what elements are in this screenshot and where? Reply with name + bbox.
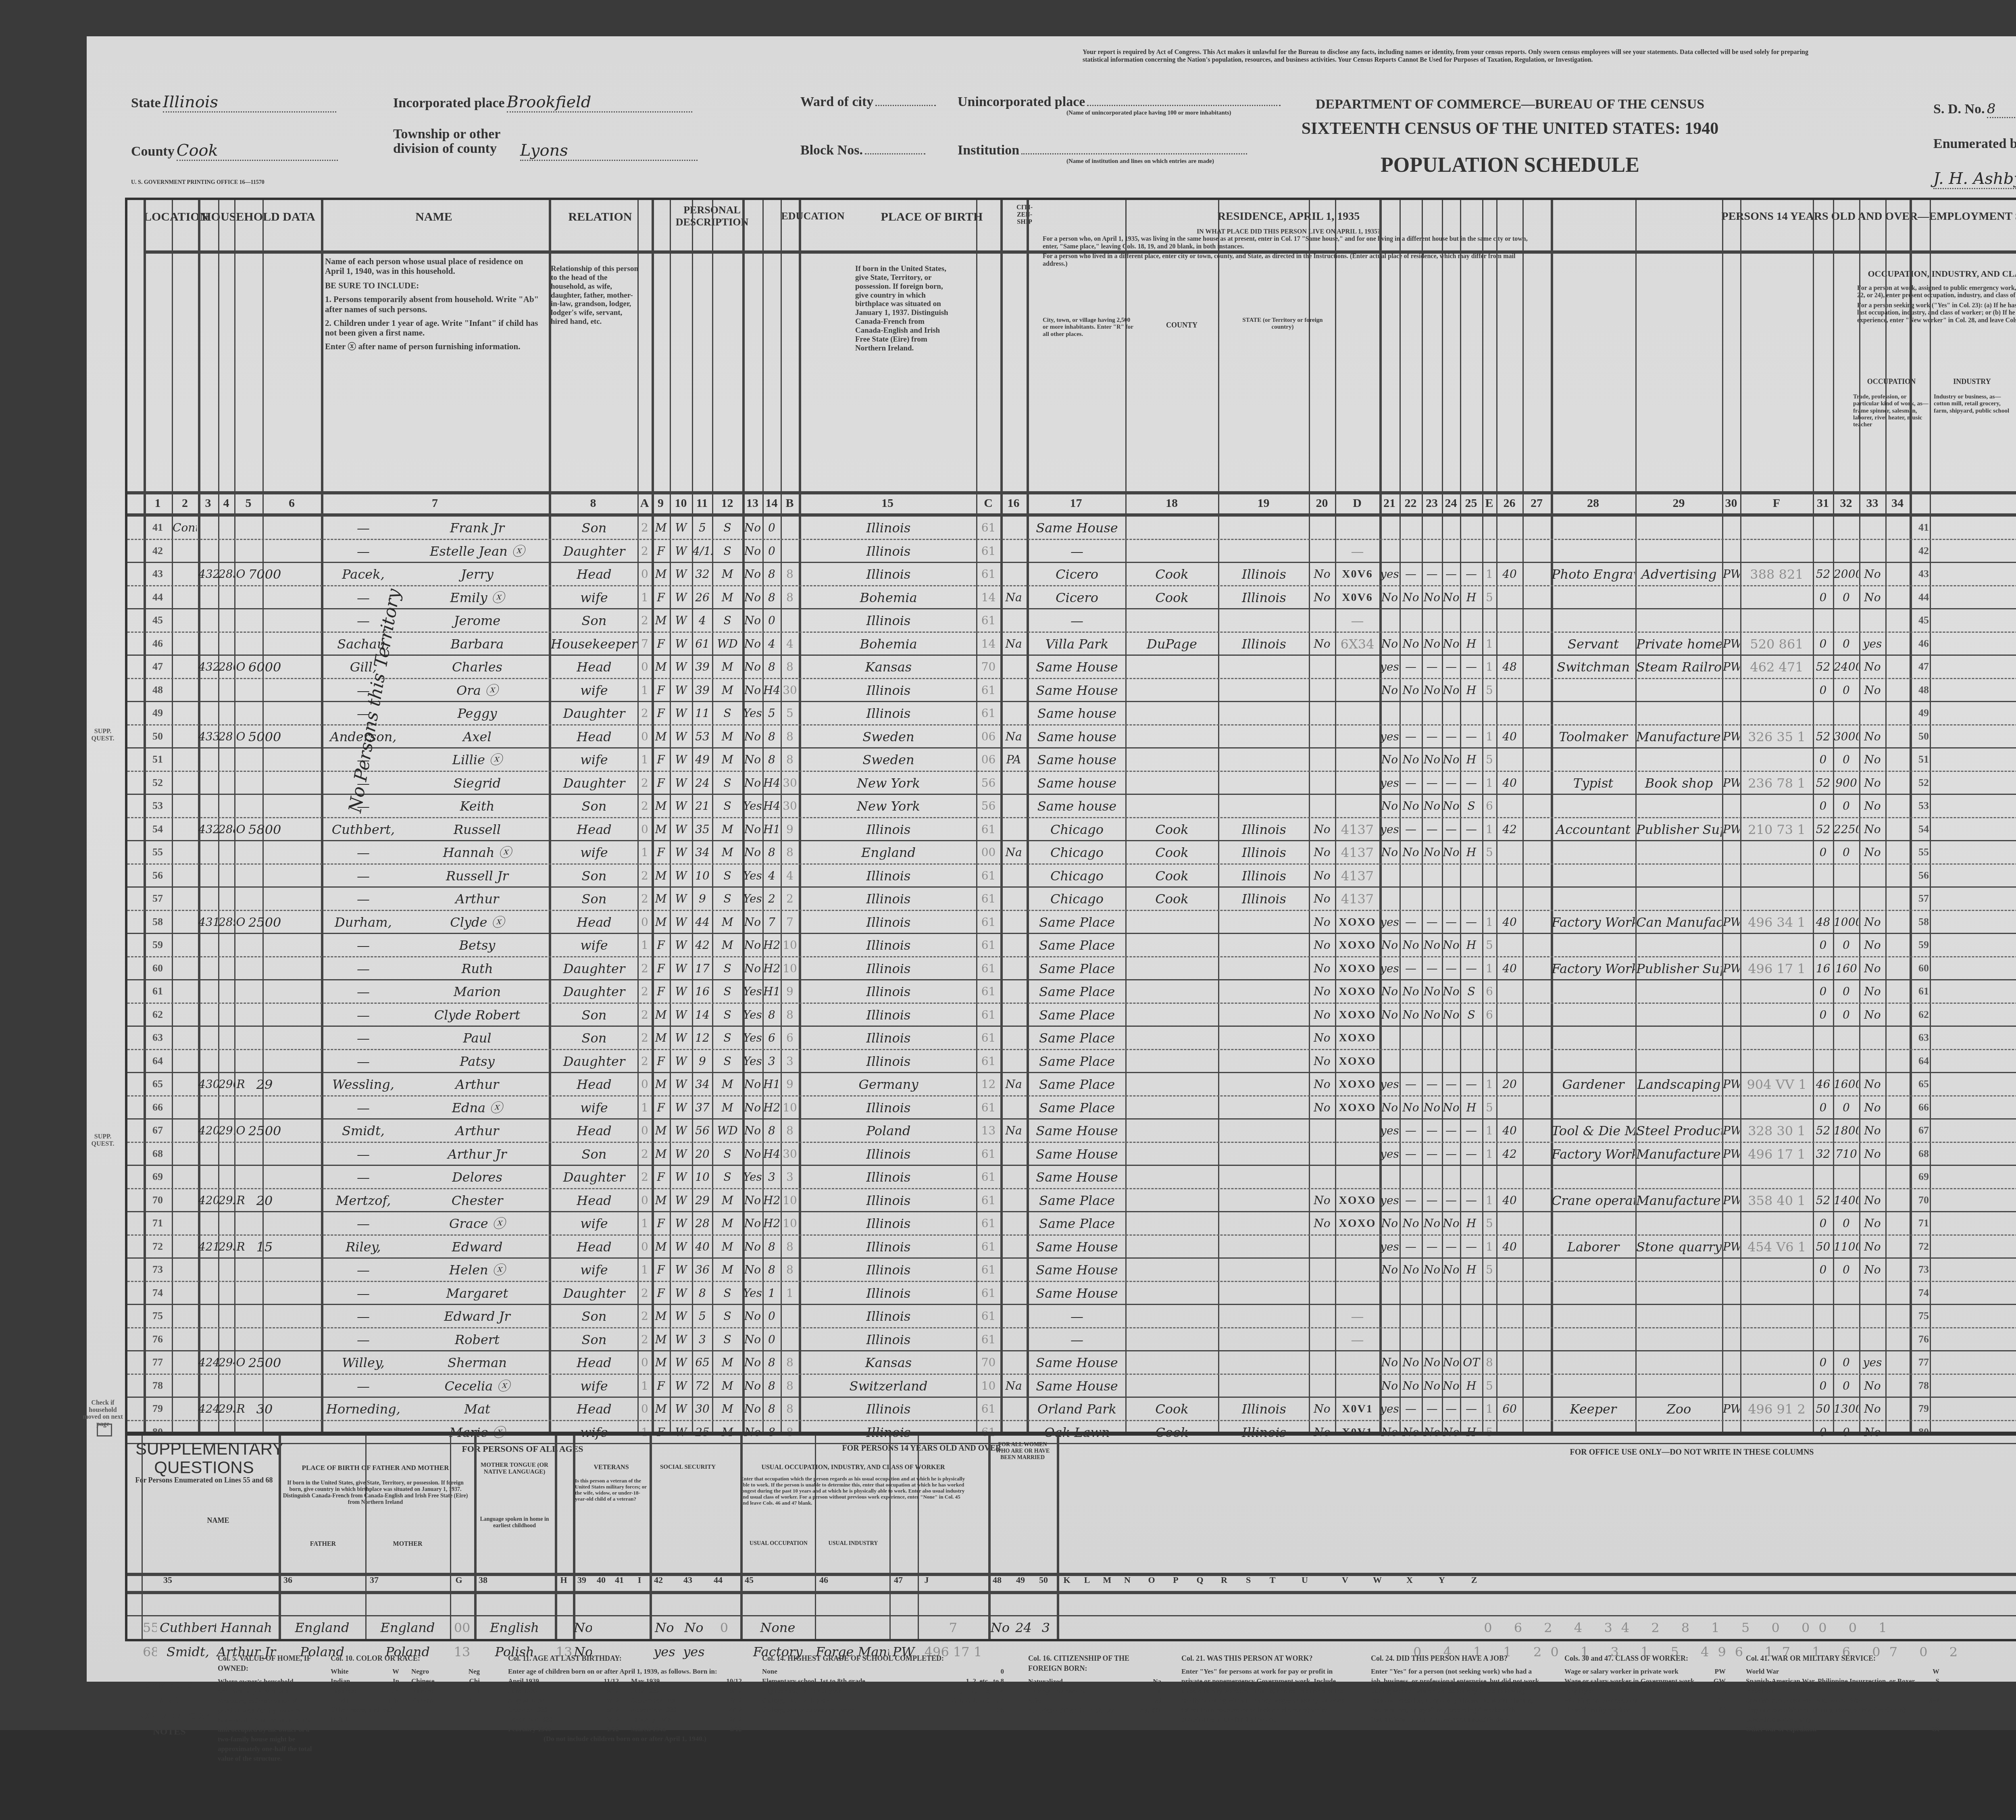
residence-farm-cell: No	[1310, 982, 1335, 1002]
line-number-right: 72	[1912, 1238, 1936, 1255]
street-cell	[173, 866, 197, 886]
table-row: 5757—ArthurSon2MW9SYes22Illinois61Chicag…	[127, 886, 2016, 910]
line-number-right: 41	[1912, 519, 1936, 536]
activity-cell: —	[1461, 564, 1482, 584]
citizenship-cell	[1001, 680, 1026, 700]
birthplace-cell: Illinois	[801, 1237, 976, 1257]
residence-farm-cell: No	[1310, 1098, 1335, 1118]
hours-worked-cell: 40	[1497, 1190, 1522, 1211]
weeks-worked-cell	[1814, 1051, 1833, 1072]
seeking-work-cell: —	[1422, 1399, 1441, 1419]
note-col5-text: Where owner's household occupies only a …	[218, 1677, 319, 1763]
table-row: 6363—PaulSon2MW12SYes66Illinois61Same Pl…	[127, 1026, 2016, 1049]
supp-col-num: Y	[1434, 1575, 1450, 1585]
industry-cell	[1636, 796, 1722, 816]
code-c-cell: 61	[977, 889, 1000, 909]
code-b-cell: 8	[781, 564, 798, 584]
house-number-cell	[198, 1028, 219, 1048]
note-item-code: Am Cit	[1140, 1706, 1161, 1716]
code-b-cell	[781, 1330, 798, 1350]
street-cell	[173, 1005, 197, 1025]
industry-cell	[1636, 1306, 1722, 1326]
household-number-cell: 287	[219, 727, 235, 747]
home-value-cell	[248, 634, 281, 654]
school-attendance-cell: Yes	[743, 1028, 762, 1048]
seeking-work-cell: No	[1422, 1260, 1441, 1280]
seeking-work-cell	[1422, 1283, 1441, 1303]
grade-cell: 8	[763, 588, 780, 608]
col-num: 16	[1000, 496, 1027, 510]
household-number-cell	[219, 866, 235, 886]
note-item-label: Indian	[331, 1676, 350, 1686]
at-work-cell	[1380, 866, 1399, 886]
street-cell	[173, 1237, 197, 1257]
grade-cell: 2	[763, 889, 780, 909]
has-job-cell: —	[1443, 1237, 1460, 1257]
code-a-cell: 0	[638, 1121, 651, 1141]
other-income-cell	[1860, 1283, 1885, 1303]
line-number: 60	[144, 960, 171, 976]
note-item-code: S	[1936, 1676, 1939, 1696]
surname-cell: Mertzof,	[323, 1190, 404, 1211]
supp-col-num: 37	[366, 1575, 382, 1585]
occupation-cell	[1552, 866, 1635, 886]
note-item-code: Jp	[392, 1686, 399, 1696]
residence-state-cell	[1219, 518, 1309, 538]
wages-cell	[1834, 1167, 1859, 1187]
farm-cell	[281, 541, 319, 561]
weeks-unemployed-cell	[1523, 866, 1550, 886]
supp-col-num: 46	[816, 1575, 832, 1585]
relation-cell: Head	[551, 1190, 637, 1211]
residence-city-cell: Same Place	[1029, 959, 1125, 979]
house-number-cell: 4317	[198, 912, 219, 932]
line-number: 78	[144, 1378, 171, 1394]
weeks-worked-cell	[1814, 1330, 1833, 1350]
population-table: LOCATION HOUSEHOLD DATA NAME RELATION PE…	[125, 198, 2016, 1436]
residence-farm-cell	[1310, 1306, 1335, 1326]
note-item-code: 8/12	[730, 1686, 742, 1696]
enumerated-label: Enumerated by me on	[1933, 136, 2016, 151]
code-d-cell: 4137	[1336, 866, 1379, 886]
activity-cell: H	[1461, 1213, 1482, 1234]
relation-cell: Son	[551, 611, 637, 631]
code-a-cell: 0	[638, 1399, 651, 1419]
note-item-code: Kor	[468, 1696, 480, 1705]
col-num: 14	[762, 496, 781, 510]
relation-cell: Son	[551, 1144, 637, 1164]
ward-label: Ward of city	[800, 94, 873, 109]
seeking-work-cell	[1422, 541, 1441, 561]
citizenship-cell	[1001, 959, 1026, 979]
owned-rented-cell: R	[235, 1237, 247, 1257]
grade-cell: 8	[763, 1399, 780, 1419]
supp-col-num: O	[1143, 1575, 1160, 1585]
note-item-label: Alien	[1028, 1696, 1044, 1706]
incorporated-place-field: Incorporated place Brookfield	[393, 93, 692, 113]
has-job-cell	[1443, 1306, 1460, 1326]
col18-header: COUNTY	[1135, 321, 1228, 329]
marital-status-cell: S	[713, 541, 742, 561]
hours-worked-cell: 42	[1497, 819, 1522, 840]
line-number: 64	[144, 1053, 171, 1069]
note-list-item: NegroNeg	[411, 1667, 480, 1676]
class-of-worker-cell	[1723, 1051, 1740, 1072]
schedule-title: POPULATION SCHEDULE	[1349, 153, 1671, 177]
surname-cell: —	[323, 935, 404, 955]
residence-farm-cell	[1310, 1353, 1335, 1373]
line-number-right: 66	[1912, 1099, 1936, 1115]
line-number: 43	[144, 566, 171, 582]
at-work-cell: No	[1380, 1098, 1399, 1118]
residence-farm-cell	[1310, 1167, 1335, 1187]
residence-county-cell: Cook	[1127, 564, 1217, 584]
home-value-cell	[248, 1330, 281, 1350]
industry-cell	[1636, 1283, 1722, 1303]
industry-cell	[1636, 935, 1722, 955]
code-b-cell: 10	[781, 1190, 798, 1211]
sex-cell: F	[652, 588, 669, 608]
marital-status-cell: M	[713, 564, 742, 584]
school-attendance-cell: Yes	[743, 796, 762, 816]
residence-state-cell: Illinois	[1219, 564, 1309, 584]
department-title: DEPARTMENT OF COMMERCE—BUREAU OF THE CEN…	[1308, 97, 1712, 112]
citizenship-cell	[1001, 912, 1026, 932]
state-field: State Illinois	[131, 93, 336, 113]
residence-farm-cell: No	[1310, 1190, 1335, 1211]
sex-cell: F	[652, 982, 669, 1002]
supp-col-num: T	[1264, 1575, 1281, 1585]
code-c-cell: 06	[977, 750, 1000, 770]
farm-cell	[281, 1051, 319, 1072]
code-e-cell: 1	[1483, 959, 1496, 979]
has-job-cell: —	[1443, 959, 1460, 979]
class-of-worker-cell	[1723, 1376, 1740, 1396]
residence-county-cell	[1127, 1121, 1217, 1141]
occupation-cell	[1552, 541, 1635, 561]
street-cell	[173, 773, 197, 793]
hours-worked-cell	[1497, 611, 1522, 631]
residence-city-cell: Chicago	[1029, 889, 1125, 909]
household-number-cell	[219, 1005, 235, 1025]
table-row: 7474—MargaretDaughter2FW8SYes11Illinois6…	[127, 1281, 2016, 1305]
table-row: 4646Sachau,BarbaraHousekeeper7FW61WDNo44…	[127, 632, 2016, 655]
surname-cell: —	[323, 1051, 404, 1072]
table-row: 67674204291O2500Smidt,ArthurHead0MW56WDN…	[127, 1118, 2016, 1142]
sd-label: S. D. No.	[1933, 102, 1985, 117]
residence-farm-cell: No	[1310, 588, 1335, 608]
house-number-cell	[198, 541, 219, 561]
table-row: 79794247295R30Horneding,MatHead0MW30MNo8…	[127, 1397, 2016, 1420]
supp-all-ages: FOR PERSONS OF ALL AGES	[281, 1444, 764, 1454]
class-of-worker-cell	[1723, 982, 1740, 1002]
code-e-cell	[1483, 1306, 1496, 1326]
emergency-work-cell: No	[1400, 935, 1421, 955]
code-f-cell	[1741, 1260, 1812, 1280]
farm-cell	[281, 1098, 319, 1118]
note-item-label: Other war or expedition	[1746, 1724, 1816, 1734]
line-number-right: 48	[1912, 682, 1936, 698]
age-cell: 35	[693, 819, 712, 840]
household-number-cell	[219, 703, 235, 723]
school-attendance-cell: Yes	[743, 1283, 762, 1303]
table-row: 4848—Ora ⓧwife1FW39MNoH430Illinois61Same…	[127, 678, 2016, 702]
supp-office-use: FOR OFFICE USE ONLY—DO NOT WRITE IN THES…	[1067, 1448, 2016, 1457]
line-number-right: 75	[1912, 1308, 1936, 1324]
at-work-cell: No	[1380, 796, 1399, 816]
house-number-cell	[198, 750, 219, 770]
surname-cell: —	[323, 982, 404, 1002]
owned-rented-cell: O	[235, 727, 247, 747]
activity-cell: H	[1461, 634, 1482, 654]
activity-cell	[1461, 1167, 1482, 1187]
relation-cell: Son	[551, 1306, 637, 1326]
grade-cell: 8	[763, 1353, 780, 1373]
supp-table-row: 55Cuthbert,HannahEnglandEngland00English…	[127, 1615, 2016, 1639]
code-d-cell: XOXO	[1336, 1028, 1379, 1048]
given-name-cell: Arthur Jr	[406, 1144, 549, 1164]
farm-cell	[281, 1376, 319, 1396]
birthplace-cell: Illinois	[801, 564, 976, 584]
col-num: 32	[1833, 496, 1859, 510]
residence-county-cell: Cook	[1127, 889, 1217, 909]
code-b-cell	[781, 541, 798, 561]
home-value-cell	[248, 866, 281, 886]
occ-desc-2: For a person seeking work ("Yes" in Col.…	[1857, 302, 2016, 324]
seeking-work-cell: No	[1422, 1005, 1441, 1025]
street-cell	[173, 842, 197, 863]
line-number: 55	[144, 844, 171, 860]
surname-cell: —	[323, 842, 404, 863]
code-a-cell: 2	[638, 541, 651, 561]
birthplace-cell: Illinois	[801, 1190, 976, 1211]
code-a-cell: 2	[638, 959, 651, 979]
at-work-cell	[1380, 541, 1399, 561]
weeks-unemployed-cell	[1523, 680, 1550, 700]
school-attendance-cell: No	[743, 1237, 762, 1257]
street-cell	[173, 680, 197, 700]
occupation-cell	[1552, 889, 1635, 909]
line-number-right: 57	[1912, 890, 1936, 907]
note-list-item: August 19397/12	[508, 1696, 619, 1705]
class-of-worker-cell: PW	[1723, 1144, 1740, 1164]
surname-cell: —	[323, 518, 404, 538]
printing-office: U. S. GOVERNMENT PRINTING OFFICE 16—1157…	[131, 179, 264, 186]
has-job-cell	[1443, 703, 1460, 723]
age-cell: 28	[693, 1213, 712, 1234]
farm-cell	[281, 982, 319, 1002]
class-of-worker-cell	[1723, 935, 1740, 955]
code-c-cell: 70	[977, 657, 1000, 677]
surname-cell: —	[323, 1330, 404, 1350]
line-number: 69	[144, 1169, 171, 1185]
code-d-cell: XOXO	[1336, 982, 1379, 1002]
code-b-cell: 5	[781, 703, 798, 723]
household-number-cell	[219, 889, 235, 909]
at-work-cell: yes	[1380, 727, 1399, 747]
home-value-cell	[248, 935, 281, 955]
activity-cell: H	[1461, 1098, 1482, 1118]
industry-cell	[1636, 1260, 1722, 1280]
other-income-cell: No	[1860, 1074, 1885, 1095]
household-number-cell	[219, 1051, 235, 1072]
street-cell	[173, 634, 197, 654]
other-income-cell: No	[1860, 1213, 1885, 1234]
residence-farm-cell: No	[1310, 959, 1335, 979]
wages-cell: 0	[1834, 1213, 1859, 1234]
supp-col-num: 43	[680, 1575, 696, 1585]
industry-cell: Zoo	[1636, 1399, 1722, 1419]
enumerated-date-field: Enumerated by me on April 18 , 1940.	[1933, 135, 2016, 153]
other-income-cell: No	[1860, 935, 1885, 955]
line-number: 57	[144, 890, 171, 907]
code-f-cell: 388 821	[1741, 564, 1812, 584]
supp-col-num: 44	[710, 1575, 726, 1585]
emergency-work-cell: —	[1400, 773, 1421, 793]
table-row: 7676—RobertSon2MW3SNo0Illinois61——	[127, 1327, 2016, 1351]
note-list-item: American citizen born abroadAm Cit	[1028, 1706, 1161, 1716]
code-b-cell	[781, 1306, 798, 1326]
institution-label: Institution	[958, 143, 1019, 158]
other-income-cell: No	[1860, 1121, 1885, 1141]
home-value-cell	[248, 703, 281, 723]
age-cell: 39	[693, 680, 712, 700]
owned-rented-cell: O	[235, 657, 247, 677]
grade-cell: 4	[763, 634, 780, 654]
weeks-unemployed-cell	[1523, 1190, 1550, 1211]
seeking-work-cell: No	[1422, 842, 1441, 863]
note-list-item: WhiteW	[331, 1667, 399, 1676]
grade-cell: 7	[763, 912, 780, 932]
street-cell	[173, 657, 197, 677]
note-item-code: Al	[1154, 1696, 1161, 1706]
industry-cell	[1636, 703, 1722, 723]
emergency-work-cell: —	[1400, 1399, 1421, 1419]
weeks-worked-cell	[1814, 866, 1833, 886]
given-name-cell: Clyde ⓧ	[406, 912, 549, 932]
code-d-cell	[1336, 727, 1379, 747]
residence-farm-cell	[1310, 657, 1335, 677]
supp-col-num: 47	[890, 1575, 906, 1585]
owned-rented-cell: O	[235, 564, 247, 584]
activity-cell	[1461, 1330, 1482, 1350]
home-value-cell	[248, 889, 281, 909]
weeks-worked-cell: 0	[1814, 842, 1833, 863]
county-value: Cook	[177, 141, 338, 161]
marital-status-cell: M	[713, 680, 742, 700]
class-of-worker-cell: PW	[1723, 1121, 1740, 1141]
citizenship-cell	[1001, 773, 1026, 793]
residence-city-cell: Same Place	[1029, 1005, 1125, 1025]
grade-cell: H2	[763, 959, 780, 979]
school-attendance-cell: No	[743, 1213, 762, 1234]
house-number-cell	[198, 889, 219, 909]
line-number: 59	[144, 937, 171, 953]
residence-city-cell: Same house	[1029, 750, 1125, 770]
marital-status-cell: S	[713, 1005, 742, 1025]
owned-rented-cell: O	[235, 912, 247, 932]
occupation-cell: Typist	[1552, 773, 1635, 793]
age-cell: 20	[693, 1144, 712, 1164]
sex-cell: M	[652, 611, 669, 631]
occupation-cell	[1552, 982, 1635, 1002]
birthplace-cell: Kansas	[801, 657, 976, 677]
relation-cell: wife	[551, 1260, 637, 1280]
industry-cell: Advertising	[1636, 564, 1722, 584]
note-item-label: Hindu	[331, 1696, 349, 1705]
industry-header: INDUSTRY	[1934, 377, 2010, 386]
household-number-cell	[219, 611, 235, 631]
has-job-cell: No	[1443, 1098, 1460, 1118]
supp-mother-tongue: English	[475, 1618, 554, 1638]
code-e-cell: 1	[1483, 1121, 1496, 1141]
col-num: D	[1335, 496, 1379, 510]
class-of-worker-cell: PW	[1723, 1190, 1740, 1211]
code-b-cell: 3	[781, 1051, 798, 1072]
race-cell: W	[671, 912, 691, 932]
residence-county-cell	[1127, 1330, 1217, 1350]
activity-cell	[1461, 703, 1482, 723]
other-income-cell: No	[1860, 727, 1885, 747]
school-attendance-cell: Yes	[743, 703, 762, 723]
line-number: 75	[144, 1308, 171, 1324]
age-cell: 65	[693, 1353, 712, 1373]
note-list-item: None0	[762, 1667, 1004, 1676]
owned-rented-cell	[235, 634, 247, 654]
code-e-cell	[1483, 1028, 1496, 1048]
line-number: 76	[144, 1331, 171, 1347]
activity-cell: S	[1461, 1005, 1482, 1025]
has-job-cell: No	[1443, 588, 1460, 608]
household-number-cell	[219, 1213, 235, 1234]
age-cell: 49	[693, 750, 712, 770]
note-item-code: Hin	[388, 1696, 399, 1705]
marital-status-cell: M	[713, 912, 742, 932]
at-work-cell: yes	[1380, 1121, 1399, 1141]
owned-rented-cell	[235, 1283, 247, 1303]
institution-value	[1021, 141, 1247, 154]
col-num: F	[1740, 496, 1813, 510]
surname-cell: Willey,	[323, 1353, 404, 1373]
code-c-cell: 61	[977, 866, 1000, 886]
name-note-1: 1. Persons temporarily absent from house…	[325, 294, 543, 314]
relation-cell: Head	[551, 1074, 637, 1095]
code-c-cell: 61	[977, 1237, 1000, 1257]
hours-worked-cell	[1497, 866, 1522, 886]
has-job-cell: —	[1443, 657, 1460, 677]
code-f-cell	[1741, 541, 1812, 561]
code-a-cell: 1	[638, 935, 651, 955]
note-item-label: Elementary school, 1st to 8th grade	[762, 1676, 865, 1686]
table-row: 5252—SiegridDaughter2FW24SNoH430New York…	[127, 771, 2016, 794]
household-moved-checkbox[interactable]	[97, 1424, 112, 1436]
at-work-cell: No	[1380, 634, 1399, 654]
owned-rented-cell	[235, 541, 247, 561]
line-number: 51	[144, 751, 171, 767]
residence-county-cell: DuPage	[1127, 634, 1217, 654]
weeks-worked-cell: 0	[1814, 1213, 1833, 1234]
table-row: 65654309290R29Wessling,ArthurHead0MW34MN…	[127, 1072, 2016, 1096]
hours-worked-cell	[1497, 1167, 1522, 1187]
household-number-cell: 286	[219, 657, 235, 677]
code-d-cell	[1336, 1167, 1379, 1187]
note-list-item: January 19402/12	[631, 1715, 742, 1724]
residence-city-cell: Same house	[1029, 703, 1125, 723]
line-number: 54	[144, 821, 171, 837]
has-job-cell: —	[1443, 1144, 1460, 1164]
code-c-cell: 61	[977, 1190, 1000, 1211]
supp-usual-occ-title: USUAL OCCUPATION, INDUSTRY, AND CLASS OF…	[740, 1464, 966, 1471]
